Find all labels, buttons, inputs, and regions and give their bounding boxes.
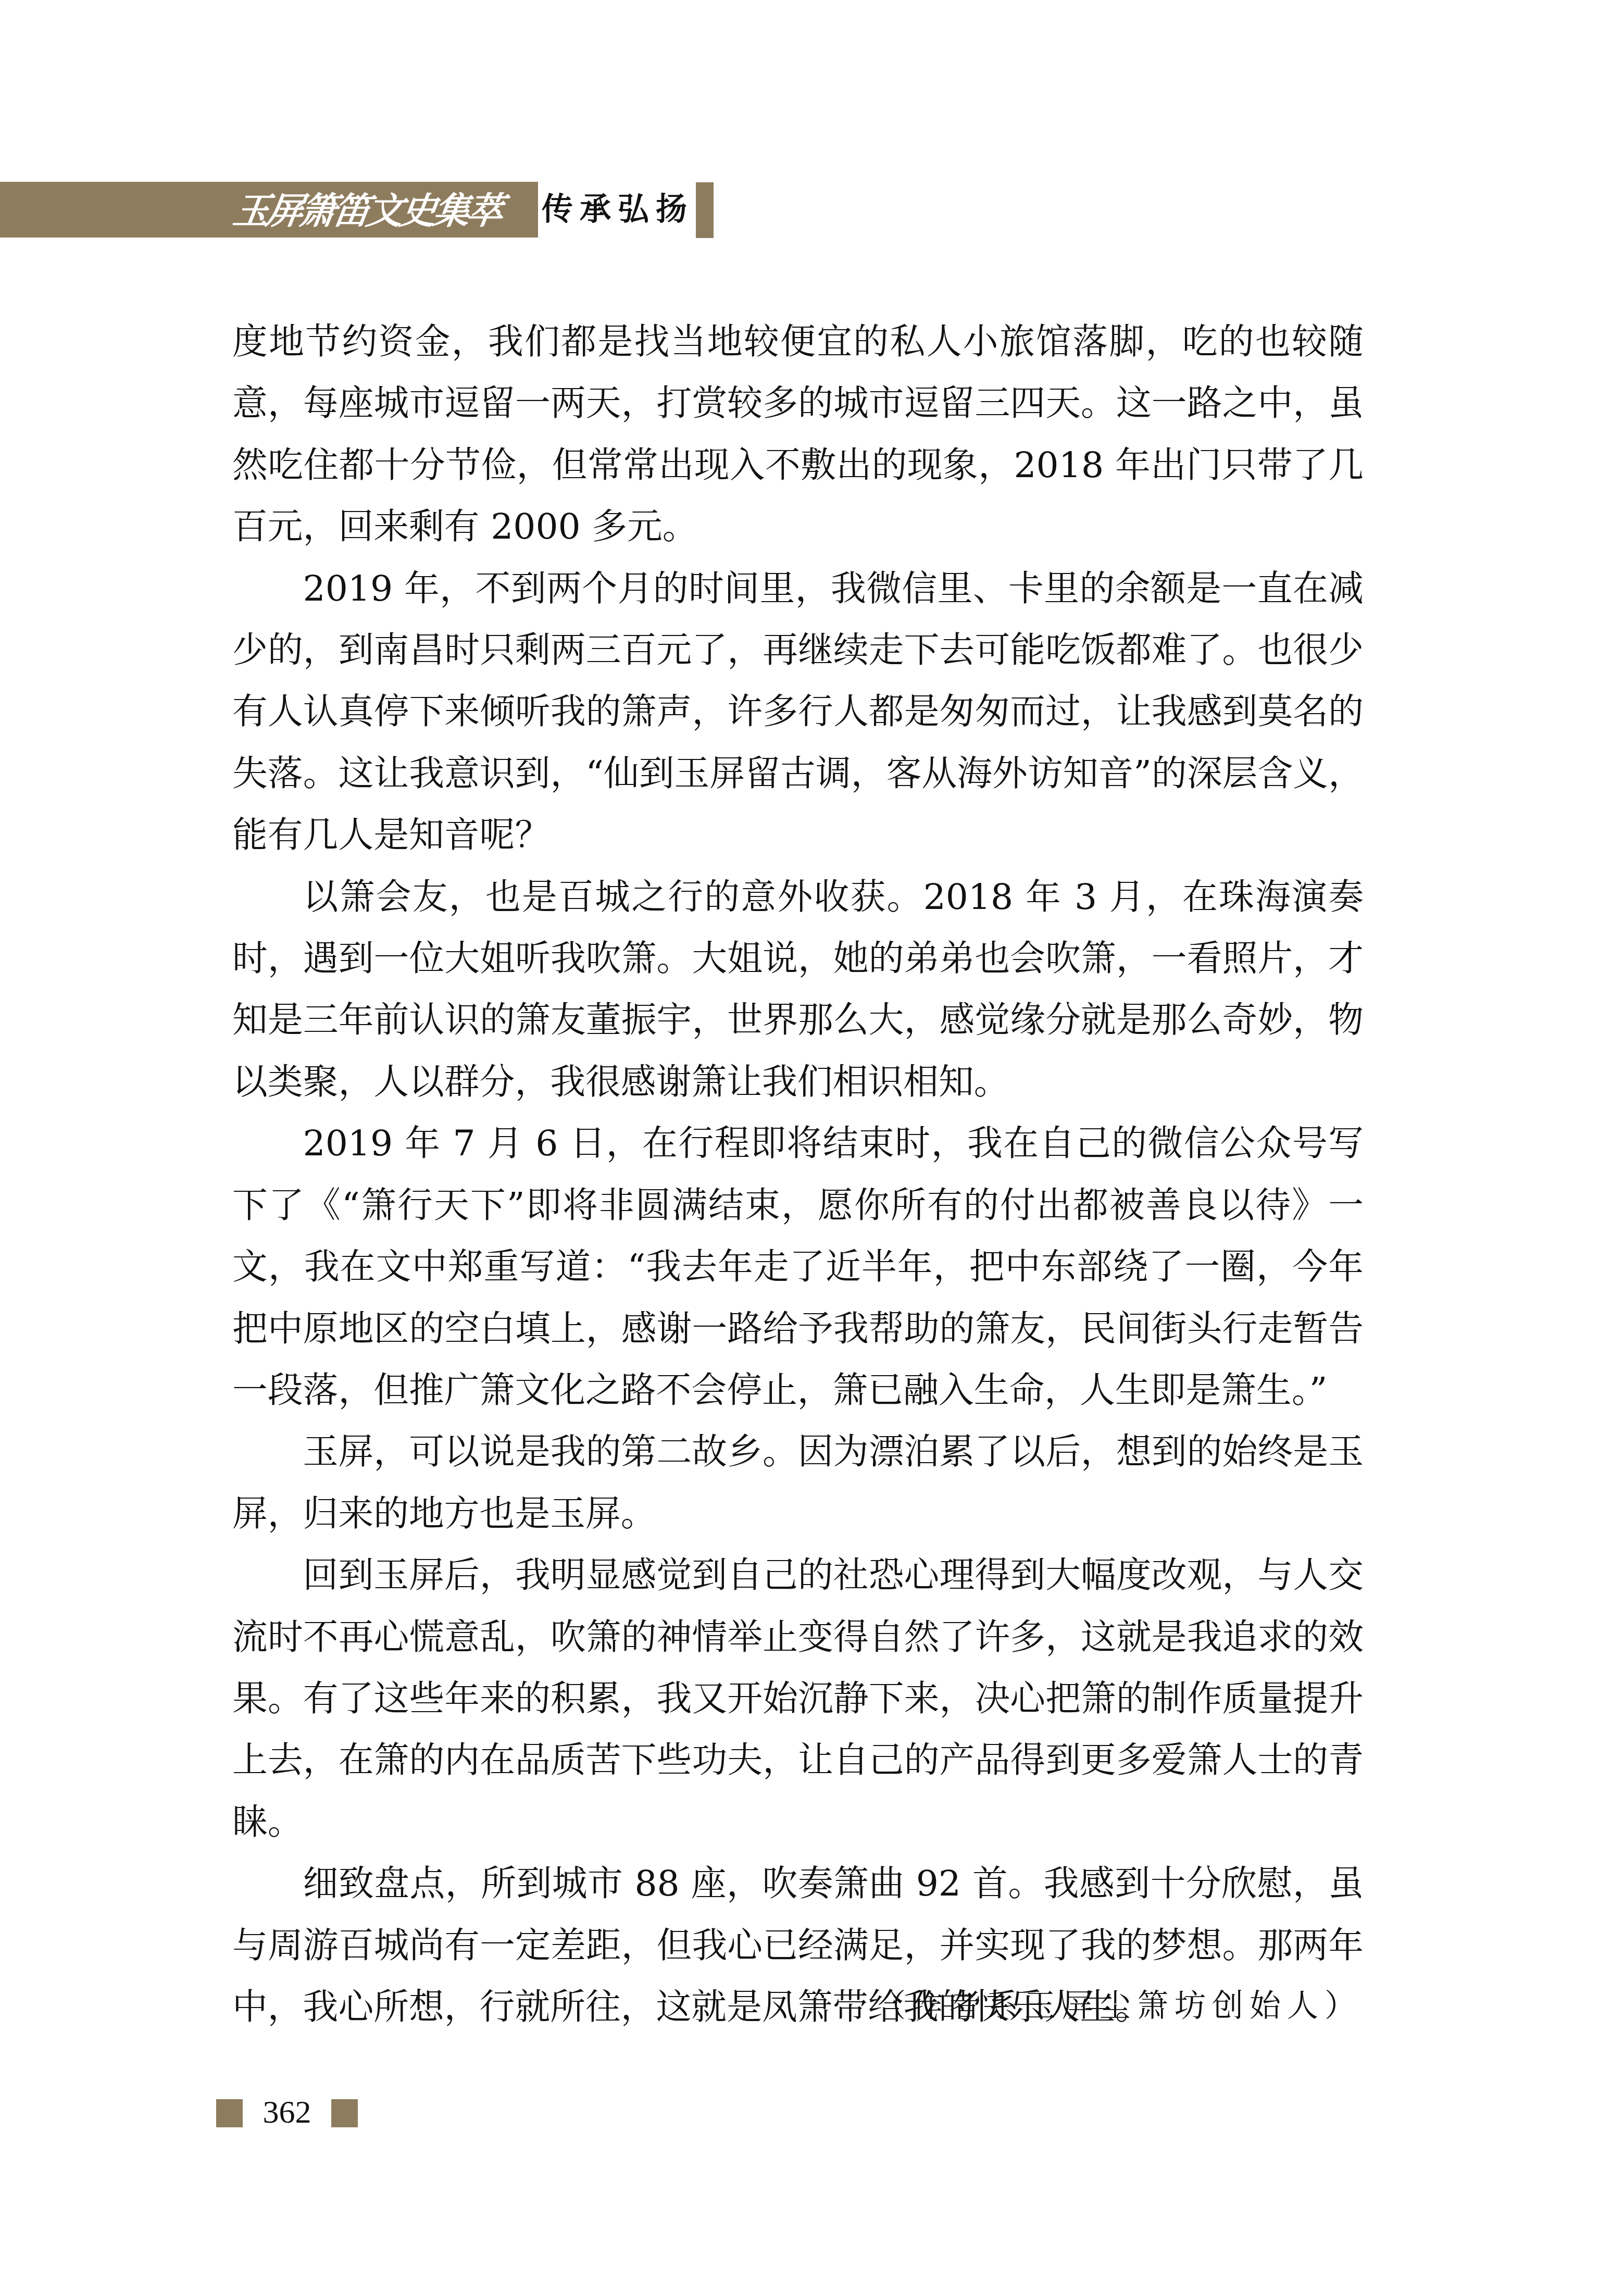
- page-number: 362: [260, 2094, 314, 2130]
- paragraph: 玉屏，可以说是我的第二故乡。因为漂泊累了以后，想到的始终是玉屏，归来的地方也是玉…: [232, 1421, 1364, 1544]
- author-attribution: （作者系玉屏尘箫坊创始人）: [875, 1975, 1362, 2037]
- paragraph: 回到玉屏后，我明显感觉到自己的社恐心理得到大幅度改观，与人交流时不再心慌意乱，吹…: [232, 1544, 1364, 1853]
- page-number-marker-right: [331, 2099, 358, 2127]
- paragraph: 2019 年 7 月 6 日，在行程即将结束时，我在自己的微信公众号写下了《“箫…: [232, 1113, 1364, 1421]
- book-title-calligraphy: 玉屏箫笛文史集萃: [230, 185, 503, 237]
- paragraph: 2019 年，不到两个月的时间里，我微信里、卡里的余额是一直在减少的，到南昌时只…: [232, 558, 1364, 866]
- section-title: 传承弘扬: [542, 182, 694, 238]
- section-title-marker: [696, 182, 714, 238]
- article-body: 度地节约资金，我们都是找当地较便宜的私人小旅馆落脚，吃的也较随意，每座城市逗留一…: [232, 311, 1364, 2038]
- paragraph: 度地节约资金，我们都是找当地较便宜的私人小旅馆落脚，吃的也较随意，每座城市逗留一…: [232, 311, 1364, 558]
- paragraph: 以箫会友，也是百城之行的意外收获。2018 年 3 月，在珠海演奏时，遇到一位大…: [232, 866, 1364, 1113]
- page-number-marker-left: [216, 2099, 243, 2127]
